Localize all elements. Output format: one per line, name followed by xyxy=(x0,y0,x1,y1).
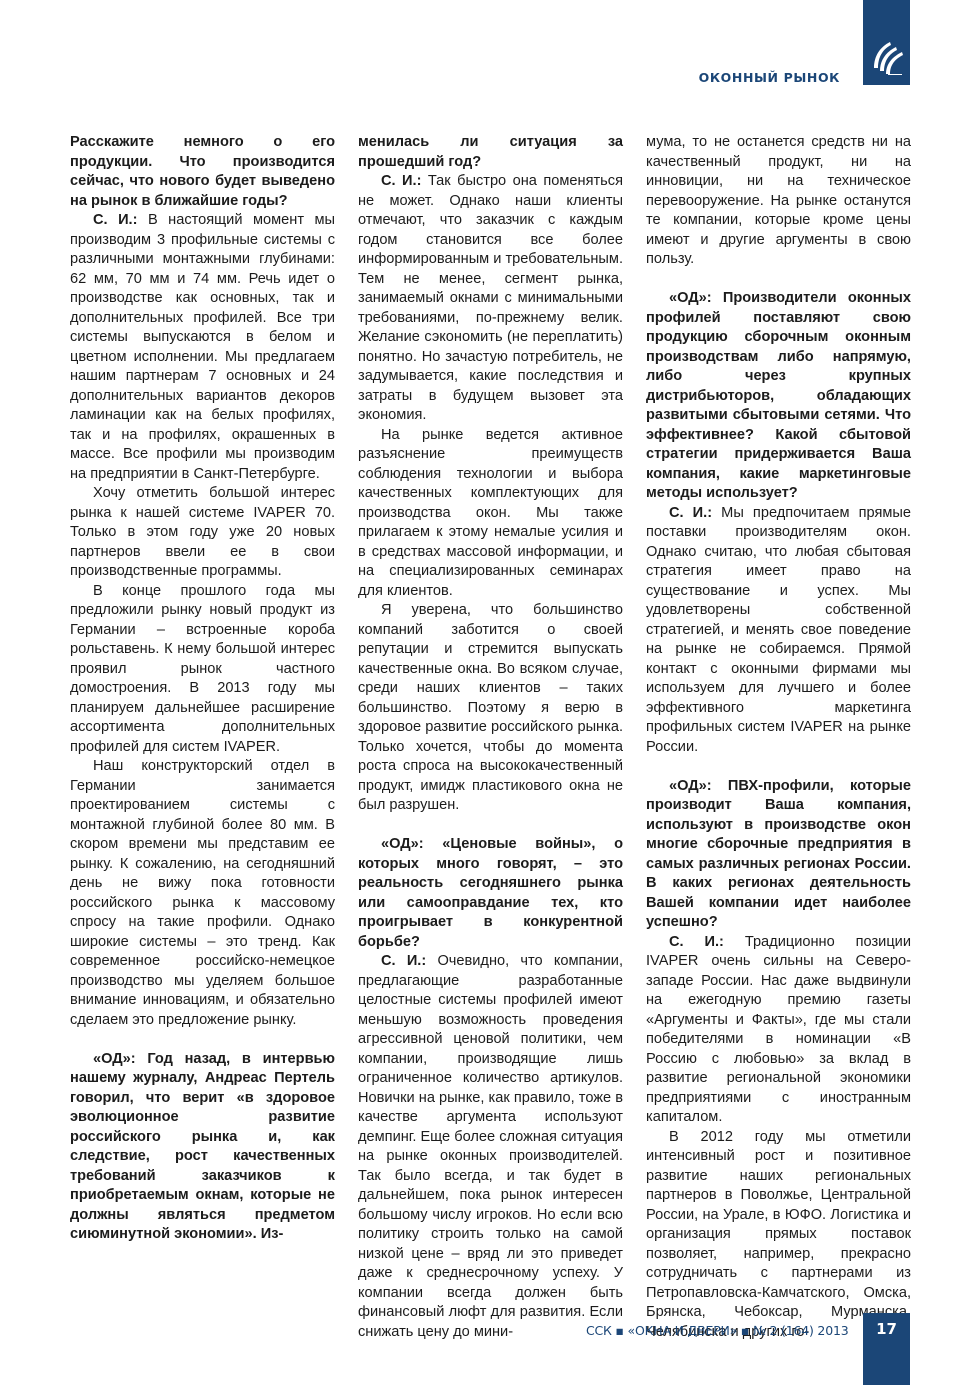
body-paragraph: На рынке ведется активное разъяснение пр… xyxy=(358,426,623,602)
answer-paragraph: С. И.: Традиционно позиции IVAPER очень … xyxy=(646,933,911,1128)
logo-icon xyxy=(870,38,904,76)
question-paragraph: «ОД»: Производители оконных профилей пос… xyxy=(646,289,911,504)
footer-publication: ССК ▪ «ОКНА И ДВЕРИ» ▪ № 2 (164) 2013 xyxy=(586,1323,848,1338)
question-paragraph: Расскажите немного о его продукции. Что … xyxy=(70,133,335,211)
body-paragraph: В конце прошлого года мы предложили рынк… xyxy=(70,582,335,758)
question-paragraph: «ОД»: «Ценовые войны», о которых много г… xyxy=(358,835,623,952)
header-brand-block xyxy=(863,0,910,85)
speaker-label: С. И.: xyxy=(93,212,137,228)
answer-paragraph: С. И.: Очевидно, что компании, предлагаю… xyxy=(358,952,623,1342)
body-paragraph: Хочу отметить большой интерес рынка к на… xyxy=(70,484,335,582)
speaker-label: С. И.: xyxy=(669,505,712,521)
speaker-label: С. И.: xyxy=(381,173,421,189)
answer-paragraph: С. И.: Так быстро она поменяться не може… xyxy=(358,172,623,426)
body-paragraph: Наш конструкторский отдел в Германии зан… xyxy=(70,757,335,1030)
question-paragraph: менилась ли ситуация за прошедший год? xyxy=(358,133,623,172)
body-paragraph: В 2012 году мы отметили интенсивный рост… xyxy=(646,1128,911,1343)
text-column-1: Расскажите немного о его продукции. Что … xyxy=(70,133,335,1245)
speaker-label: С. И.: xyxy=(669,934,724,950)
speaker-label: С. И.: xyxy=(381,953,426,969)
question-paragraph: «ОД»: ПВХ-профили, которые производит Ва… xyxy=(646,777,911,933)
question-paragraph: «ОД»: Год назад, в интервью нашему журна… xyxy=(70,1050,335,1245)
page-number-block: 17 xyxy=(863,1313,910,1385)
text-column-2: менилась ли ситуация за прошедший год? С… xyxy=(358,133,623,1342)
answer-paragraph: С. И.: Мы предпочитаем прямые поставки п… xyxy=(646,504,911,758)
text-column-3: мума, то не останется средств ни на каче… xyxy=(646,133,911,1342)
answer-paragraph: С. И.: В настоящий момент мы производим … xyxy=(70,211,335,484)
page-number: 17 xyxy=(863,1320,910,1338)
section-title: ОКОННЫЙ РЫНОК xyxy=(699,70,840,85)
body-paragraph: Я уверена, что большинство компаний забо… xyxy=(358,601,623,816)
body-paragraph: мума, то не останется средств ни на каче… xyxy=(646,133,911,270)
